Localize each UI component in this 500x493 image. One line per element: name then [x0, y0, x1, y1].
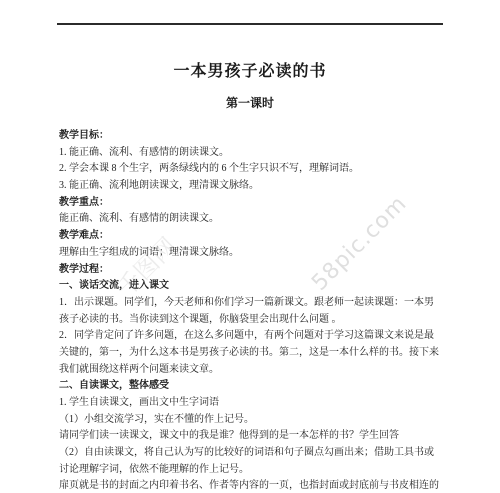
document-body: 教学目标：1. 能正确、流利、有感情的朗读课文。2. 学会本课 8 个生字，两条…	[59, 128, 449, 493]
document-page: 千图网 58pic.com 一本男孩子必读的书 第一课时 教学目标：1. 能正确…	[0, 0, 500, 493]
document-title: 一本男孩子必读的书	[0, 58, 500, 81]
text-line: 教学难点：	[59, 228, 449, 245]
text-line: 理解由生字组成的词语；理清课文脉络。	[59, 245, 449, 262]
text-line: 能正确、流利、有感情的朗读课文。	[59, 211, 449, 228]
text-line: 讨论理解字词，依然不能理解的作上记号。	[59, 462, 449, 479]
text-line: 二、自读课文，整体感受	[59, 378, 449, 395]
text-line: 1．出示课题。同学们，今天老师和你们学习一篇新课文。跟老师一起读课题：一本男	[59, 295, 449, 312]
text-line: （2）自由读课文，将自己认为写的比较好的词语和句子圈点勾画出来；借助工具书或	[59, 445, 449, 462]
text-line: 扉页就是书的封面之内印着书名、作者等内容的一页，也指封面或封底前与书皮相连的	[59, 478, 449, 493]
text-line: 关键的，第一，为什么这本书是男孩子必读的书。第二，这是一本什么样的书。接下来	[59, 345, 449, 362]
text-line: 1. 能正确、流利、有感情的朗读课文。	[59, 145, 449, 162]
text-line: 2．同学肯定问了许多问题，在这么多问题中，有两个问题对于学习这篇课文来说是最	[59, 328, 449, 345]
text-line: （1）小组交流学习，实在不懂的作上记号。	[59, 412, 449, 429]
lesson-number-subtitle: 第一课时	[0, 94, 500, 111]
text-line: 教学目标：	[59, 128, 449, 145]
header-divider-line	[57, 23, 443, 25]
text-line: 教学过程：	[59, 262, 449, 279]
text-line: 3. 能正确、流利地朗读课文，理清课文脉络。	[59, 178, 449, 195]
text-line: 教学重点：	[59, 195, 449, 212]
text-line: 我们就围绕这样两个问题来读文章。	[59, 362, 449, 379]
text-line: 2. 学会本课 8 个生字，两条绿线内的 6 个生字只识不写，理解词语。	[59, 161, 449, 178]
text-line: 一、谈话交流，进入课文	[59, 278, 449, 295]
text-line: 请同学们读一读课文，课文中的我是谁？他得到的是一本怎样的书？学生回答	[59, 428, 449, 445]
text-line: 1. 学生自读课文，画出文中生字词语	[59, 395, 449, 412]
text-line: 孩子必读的书。当你读到这个课题，你脑袋里会出现什么问题 。	[59, 312, 449, 329]
